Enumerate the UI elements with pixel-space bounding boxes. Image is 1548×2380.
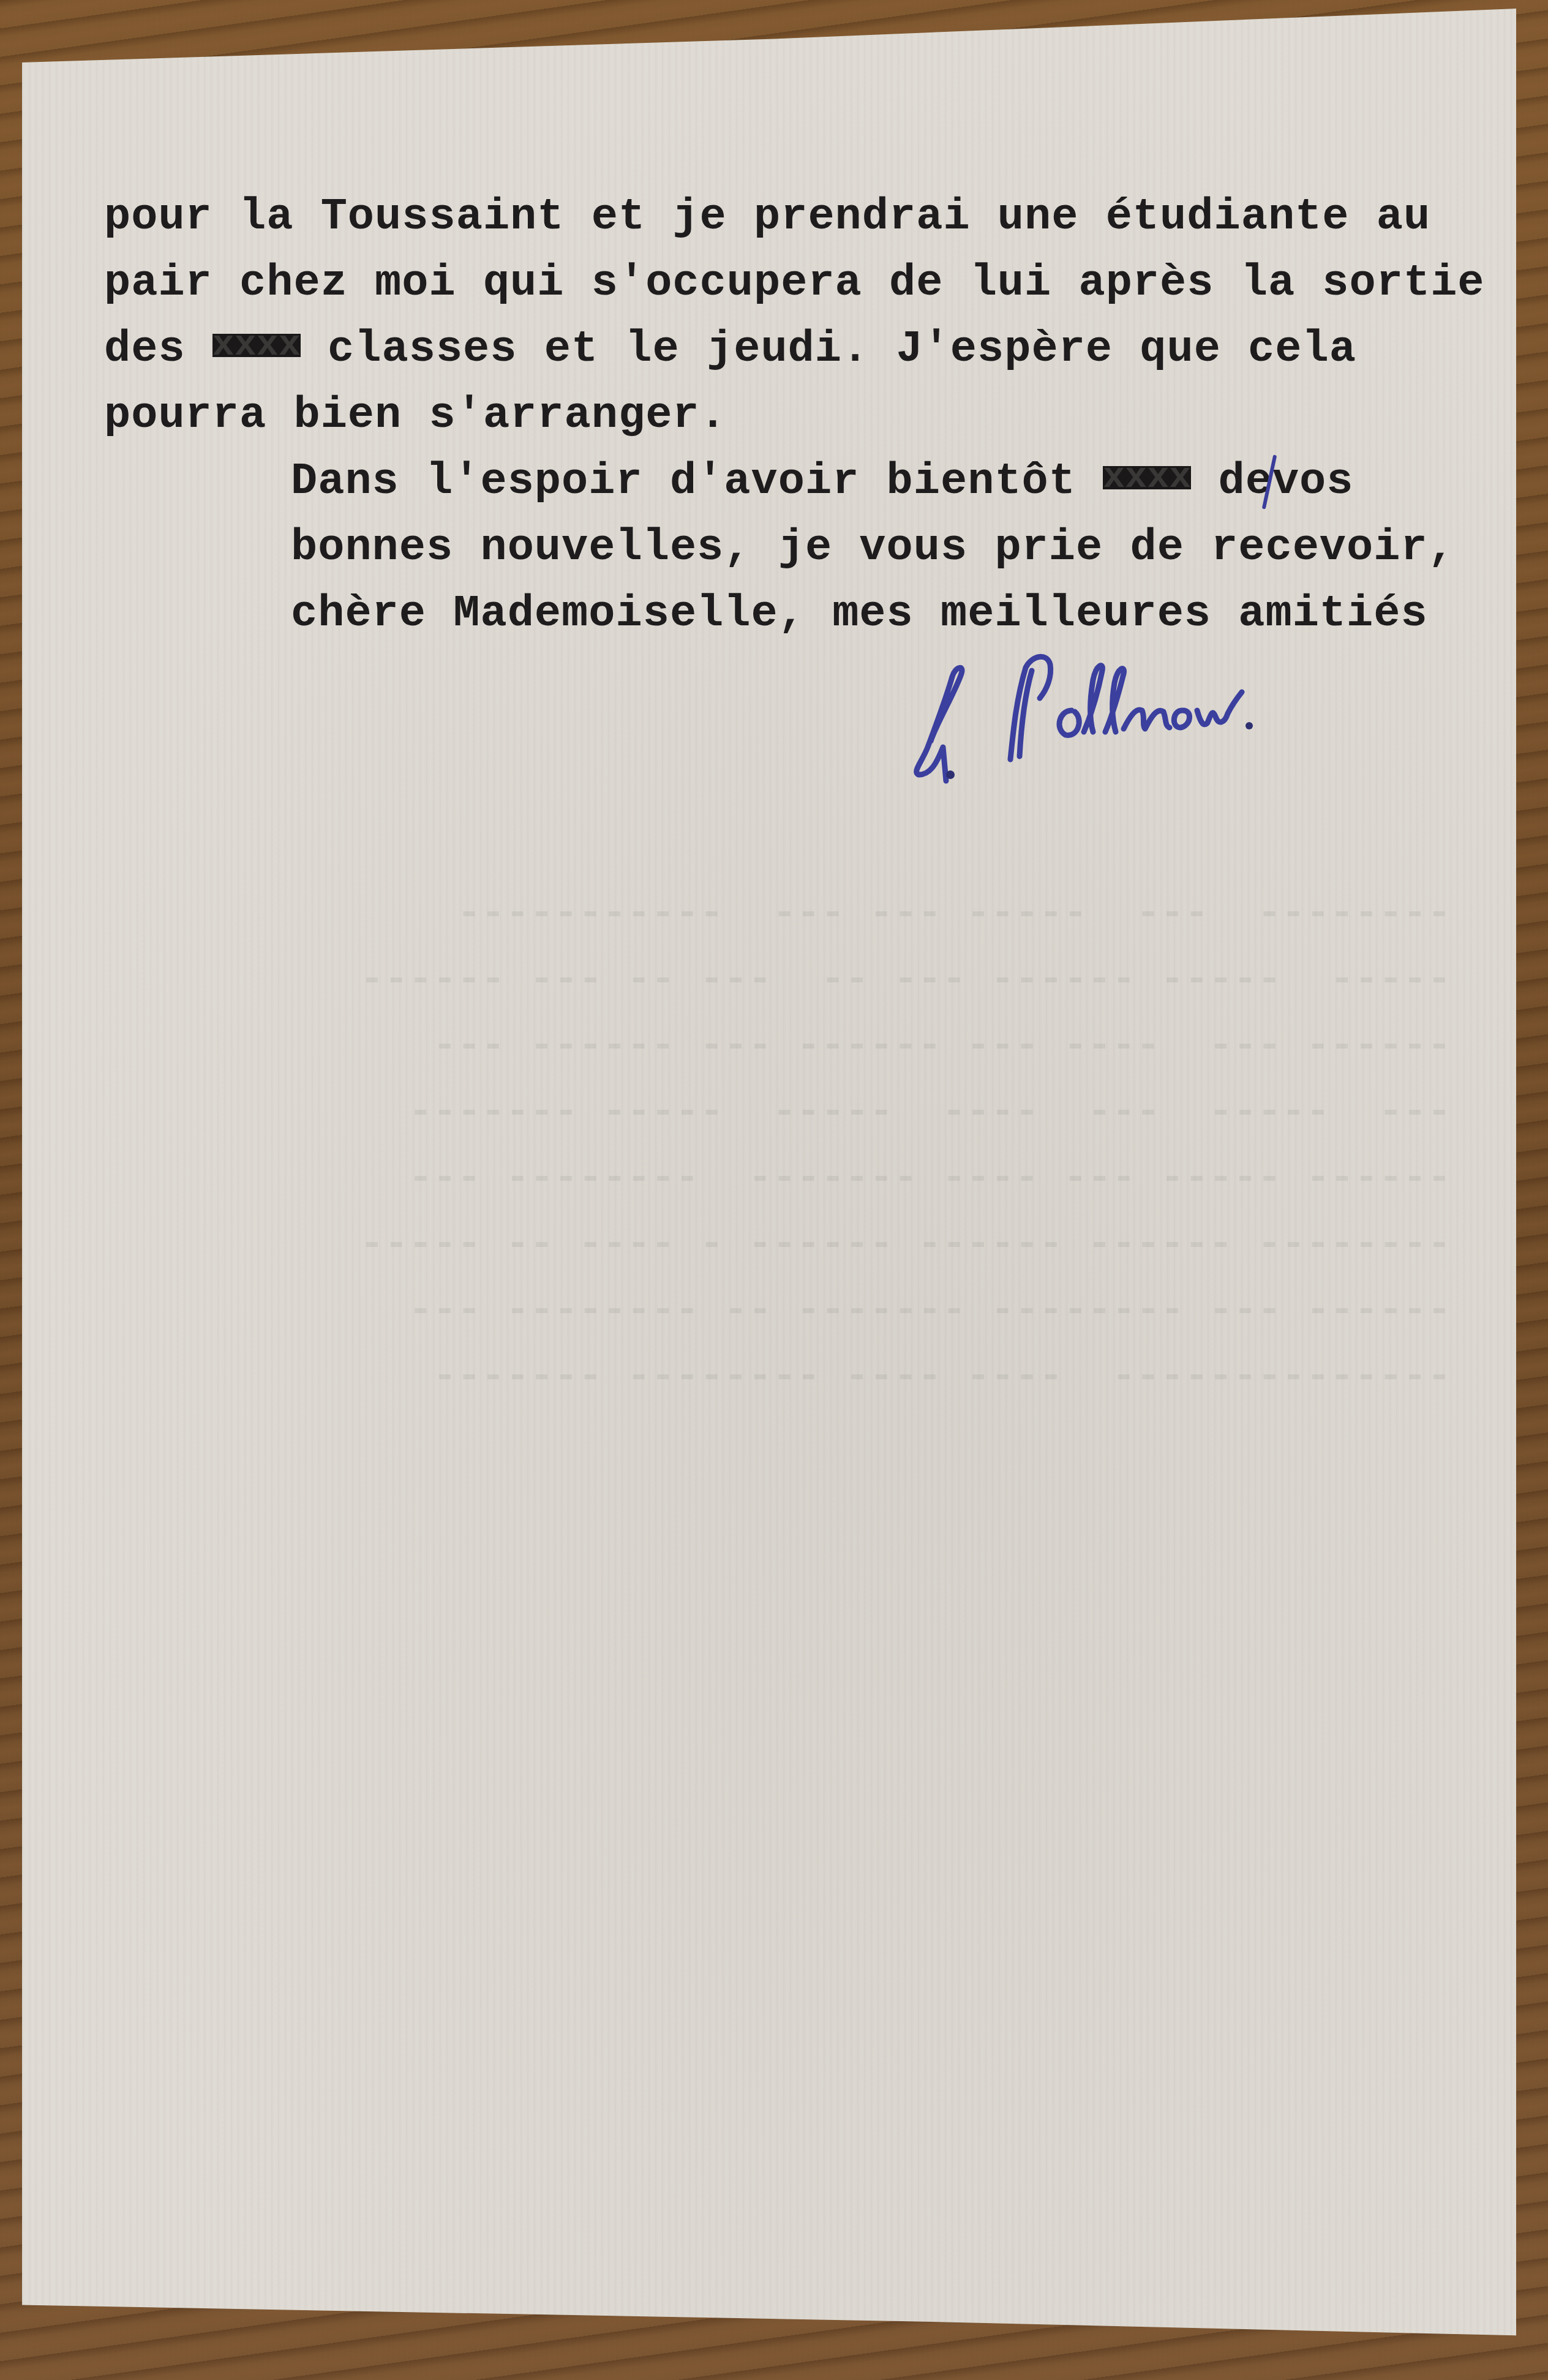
letter-line: pair chez moi qui s'occupera de lui aprè…: [104, 250, 1531, 316]
letter-line: pour la Toussaint et je prendrai une étu…: [104, 184, 1531, 250]
letter-line: chère Mademoiselle, mes meilleures amiti…: [104, 581, 1531, 647]
letter-line: Dans l'espoir d'avoir bientôt xxxx devos: [104, 448, 1531, 514]
pen-correction-mark: v: [1272, 448, 1299, 514]
line-text: classes et le jeudi. J'espère que cela: [301, 324, 1356, 374]
line-text: de: [1191, 456, 1272, 507]
letter-line: des xxxx classes et le jeudi. J'espère q…: [104, 316, 1531, 382]
line-text: Dans l'espoir d'avoir bientôt: [291, 456, 1103, 507]
signature-icon: [894, 649, 1359, 790]
letter-line: pourra bien s'arranger.: [104, 382, 1531, 448]
letter-line: bonnes nouvelles, je vous prie de recevo…: [104, 514, 1531, 581]
handwritten-signature: [894, 649, 1359, 790]
struck-out-text: xxxx: [212, 334, 301, 357]
line-text: des: [104, 324, 212, 374]
show-through-text: -------- --- ----- --- --- ----------- -…: [104, 815, 1451, 1410]
line-text: os: [1299, 456, 1353, 507]
struck-out-text: xxxx: [1103, 466, 1191, 489]
letter-body: pour la Toussaint et je prendrai une étu…: [104, 184, 1531, 647]
